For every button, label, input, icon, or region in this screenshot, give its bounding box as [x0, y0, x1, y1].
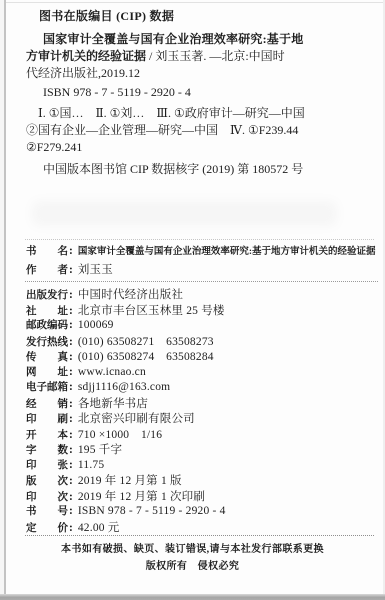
field-value-fax: (010) 63508274 63508284 — [78, 348, 214, 364]
field-row-printer: 印刷:北京密兴印刷有限公司 — [26, 410, 378, 426]
field-value-email: sdjj1116@163.com — [78, 381, 170, 393]
field-value-isbn: ISBN 978 - 7 - 5119 - 2920 - 4 — [78, 505, 226, 517]
bottom-notices: 本书如有破损、缺页、装订错误,请与本社发行部联系更换 版权所有 侵权必究 — [0, 541, 385, 575]
field-row-website: 网址:www.icnao.cn — [26, 364, 378, 380]
colon: : — [69, 289, 73, 301]
copyright-notice: 版权所有 侵权必究 — [0, 558, 385, 575]
colon: : — [69, 366, 73, 378]
field-label-author: 作者 — [26, 262, 68, 277]
colon: : — [69, 475, 73, 487]
colon: : — [69, 351, 73, 363]
colon: : — [69, 413, 73, 425]
colon: : — [69, 459, 73, 471]
colon: : — [69, 381, 73, 393]
cip-class-line1: Ⅰ. ①国… Ⅱ. ①刘… Ⅲ. ①政府审计—研究—中国 — [26, 105, 376, 122]
field-row-edition: 版次:2019 年 12 月第 1 版 — [26, 472, 378, 488]
dotted-divider-bottom — [25, 535, 374, 536]
cip-isbn: ISBN 978 - 7 - 5119 - 2920 - 4 — [26, 84, 376, 101]
cip-block: 图书在版编目 (CIP) 数据 国家审计全覆盖与国有企业治理效率研究:基于地 方… — [26, 8, 376, 178]
cip-title-line2-bold: 方审计机关的经验证据 — [26, 49, 146, 63]
colon: : — [69, 245, 73, 257]
field-value-address: 北京市丰台区玉林里 25 号楼 — [78, 302, 225, 318]
dotted-divider-top — [25, 239, 374, 240]
field-label-format: 开本 — [26, 427, 68, 442]
colon: : — [69, 505, 73, 517]
scan-edge-bottom — [0, 594, 385, 600]
field-row-email: 电子邮箱:sdjj1116@163.com — [26, 379, 378, 395]
field-value-title: 国家审计全覆盖与国有企业治理效率研究:基于地方审计机关的经验证据 — [78, 243, 376, 257]
field-label-title: 书名 — [26, 243, 68, 258]
field-label-impression: 印次 — [26, 489, 68, 504]
field-row-author: 作者:刘玉玉 — [26, 261, 378, 279]
field-label-fax: 传真 — [26, 349, 68, 364]
colon: : — [69, 491, 73, 503]
field-row-word-count: 字数:195 千字 — [26, 441, 378, 457]
cip-title-line1: 国家审计全覆盖与国有企业治理效率研究:基于地 — [26, 31, 376, 48]
cip-header: 图书在版编目 (CIP) 数据 — [26, 8, 376, 25]
field-row-sheets: 印张:11.75 — [26, 457, 378, 473]
colon: : — [69, 264, 73, 276]
damage-replacement-notice: 本书如有破损、缺页、装订错误,请与本社发行部联系更换 — [0, 541, 385, 558]
field-row-format: 开本:710 ×1000 1/16 — [26, 426, 378, 442]
field-label-price: 定价 — [26, 520, 68, 535]
field-label-address: 社址 — [26, 303, 68, 318]
field-value-author: 刘玉玉 — [78, 261, 113, 277]
field-value-price: 42.00 元 — [78, 519, 120, 535]
field-value-distribution: 各地新华书店 — [78, 395, 148, 411]
field-value-website: www.icnao.cn — [78, 366, 146, 378]
cip-class-line2: ②国有企业—企业管理—研究—中国 Ⅳ. ①F239.44 — [26, 122, 376, 139]
field-row-impression: 印次:2019 年 12 月第 1 次印刷 — [26, 488, 378, 504]
field-value-word-count: 195 千字 — [78, 441, 122, 457]
cip-registry-number: 中国版本图书馆 CIP 数据核字 (2019) 第 180572 号 — [26, 161, 376, 178]
field-row-isbn: 书号:ISBN 978 - 7 - 5119 - 2920 - 4 — [26, 503, 378, 519]
field-value-hotline: (010) 63508271 63508273 — [78, 333, 214, 349]
scan-edge-left — [4, 0, 6, 594]
scan-artifact — [32, 201, 337, 226]
field-row-address: 社址:北京市丰台区玉林里 25 号楼 — [26, 302, 378, 318]
dotted-divider-middle — [25, 281, 378, 282]
field-label-isbn: 书号 — [26, 503, 68, 518]
colon: : — [69, 429, 73, 441]
field-label-publisher: 出版发行 — [26, 287, 68, 302]
field-value-sheets: 11.75 — [78, 459, 104, 471]
field-label-email: 电子邮箱 — [26, 379, 68, 394]
field-label-website: 网址 — [26, 364, 68, 379]
field-row-postcode: 邮政编码:100069 — [26, 317, 378, 333]
colon: : — [69, 398, 73, 410]
field-row-fax: 传真:(010) 63508274 63508284 — [26, 348, 378, 364]
field-label-postcode: 邮政编码 — [26, 317, 68, 332]
field-value-format: 710 ×1000 1/16 — [78, 426, 162, 442]
field-row-price: 定价:42.00 元 — [26, 519, 378, 535]
colon: : — [69, 336, 73, 348]
cip-title-line2-rest: / 刘玉玉著. —北京:中国时 — [146, 49, 285, 63]
field-row-title: 书名:国家审计全覆盖与国有企业治理效率研究:基于地方审计机关的经验证据 — [26, 243, 378, 261]
colon: : — [69, 444, 73, 456]
field-value-edition: 2019 年 12 月第 1 版 — [78, 472, 182, 488]
field-value-publisher: 中国时代经济出版社 — [78, 286, 183, 302]
field-row-distribution: 经销:各地新华书店 — [26, 395, 378, 411]
field-label-distribution: 经销 — [26, 396, 68, 411]
field-row-publisher: 出版发行:中国时代经济出版社 — [26, 286, 378, 302]
cip-title-line2: 方审计机关的经验证据 / 刘玉玉著. —北京:中国时 — [26, 48, 376, 65]
field-row-hotline: 发行热线:(010) 63508271 63508273 — [26, 333, 378, 349]
field-value-impression: 2019 年 12 月第 1 次印刷 — [78, 488, 205, 504]
scan-edge-top — [6, 2, 385, 3]
field-value-postcode: 100069 — [78, 319, 114, 331]
field-label-word-count: 字数 — [26, 442, 68, 457]
book-copyright-page: 图书在版编目 (CIP) 数据 国家审计全覆盖与国有企业治理效率研究:基于地 方… — [0, 0, 385, 600]
field-value-printer: 北京密兴印刷有限公司 — [78, 410, 195, 426]
cip-class-line3: ②F279.241 — [26, 139, 376, 156]
cip-title-line3: 代经济出版社,2019.12 — [26, 65, 376, 82]
colon: : — [69, 319, 73, 331]
field-label-edition: 版次 — [26, 473, 68, 488]
field-label-sheets: 印张 — [26, 457, 68, 472]
colon: : — [69, 305, 73, 317]
field-label-printer: 印刷 — [26, 411, 68, 426]
colon: : — [69, 522, 73, 534]
publication-info-block: 书名:国家审计全覆盖与国有企业治理效率研究:基于地方审计机关的经验证据 作者:刘… — [26, 243, 378, 534]
field-label-hotline: 发行热线 — [26, 334, 68, 349]
